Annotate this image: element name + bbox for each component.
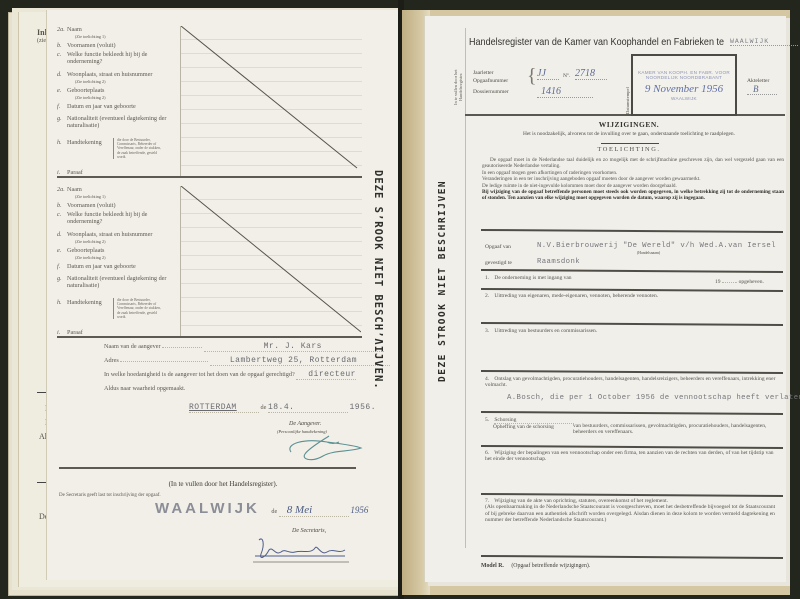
registry-side-note: In te vullen door het Handelsregister. xyxy=(453,58,473,116)
truth-statement: Aldus naar waarheid opgemaakt. xyxy=(104,385,185,392)
brace: { xyxy=(527,66,537,86)
field-naam: 2a.Naam(Zie toelichting 1) xyxy=(57,26,177,42)
registry-city-stamp: WAALWIJK xyxy=(155,500,260,517)
registry-divider xyxy=(59,467,356,469)
registry-heading: (In te vullen door het Handelsregister). xyxy=(47,480,399,488)
toelichting-title: TOELICHTING. xyxy=(469,146,789,153)
declarant-capacity-label: In welke hoedanigheid is de aangever tot… xyxy=(104,371,295,378)
opgaafnummer-label: Opgaafnummer xyxy=(473,78,508,84)
field-geboorteplaats: e.Geboorteplaats(Zie toelichting 2) xyxy=(57,247,177,263)
gevestigd-label: gevestigd te xyxy=(485,260,512,266)
dossiernummer-label: Dossiernummer xyxy=(473,89,509,95)
akteletter-value: B xyxy=(747,84,777,95)
secretary-signature xyxy=(251,534,351,564)
toelichting-paragraph: De opgaaf moet in de Nederlandse taal du… xyxy=(482,157,784,170)
stamp-city: WAALWIJK xyxy=(633,96,735,101)
section-1: 1. De onderneming is met ingang van 19 .… xyxy=(485,275,781,281)
section-3: 3. Uittreding van bestuurders en commiss… xyxy=(485,328,781,334)
declarant-signature xyxy=(283,430,367,466)
section-rule xyxy=(481,555,783,559)
jaarletter-value: JJ xyxy=(537,68,559,80)
dossiernummer-value: 1416 xyxy=(537,86,593,98)
akteletter-row: Akteletter B xyxy=(747,78,785,95)
field-woonplaats: d.Woonplaats, straat en huisnummer(Zie t… xyxy=(57,71,177,87)
section-rule xyxy=(481,370,783,374)
declaration-date: 18.4. xyxy=(268,403,348,413)
section-7: 7. Wijziging van de akte van oprichting,… xyxy=(485,498,781,524)
declarant-address-label: Adres xyxy=(104,357,119,364)
handelsnaam-note: (Handelsnaam) xyxy=(637,251,660,255)
model-note: (Opgaaf betreffende wijzigingen). xyxy=(511,563,590,569)
declarant-signer-title: De Aangever. xyxy=(289,421,321,427)
right-strip-notice: DEZE STROOK NIET BESCHRIJVEN xyxy=(437,166,451,396)
jaarletter-label: Jaarletter xyxy=(473,70,494,76)
declarant-capacity-row: In welke hoedanigheid is de aangever tot… xyxy=(104,370,356,380)
field-geboortedatum: f.Datum en jaar van geboorte xyxy=(57,263,177,275)
model-label: Model R. xyxy=(481,563,504,569)
field-naam: 2a.Naam(Zie toelichting 1) xyxy=(57,186,177,202)
section-5: 5. Schorsing Opheffing van de schorsing … xyxy=(485,417,781,431)
register-title: Handelsregister van de Kamer van Koophan… xyxy=(469,36,724,48)
stamp-date: 9 November 1956 xyxy=(633,83,735,95)
section-rule xyxy=(481,445,783,449)
strike-through-diagonal xyxy=(181,186,361,336)
registry-date: 8 Mei xyxy=(279,504,349,517)
section-rule xyxy=(481,269,783,273)
signature-note: die door de Bestuurder, Commissaris, Beh… xyxy=(113,138,165,159)
signature-note: die door de Bestuurder, Commissaris, Beh… xyxy=(113,298,165,319)
field-paraaf: i.Paraaf xyxy=(57,169,177,176)
model-footer: Model R. (Opgaaf betreffende wijzigingen… xyxy=(481,563,590,569)
right-form-page: DEZE STROOK NIET BESCHRIJVEN Handelsregi… xyxy=(424,16,786,582)
section-rule xyxy=(481,411,783,415)
field-geboorteplaats: e.Geboorteplaats(Zie toelichting 2) xyxy=(57,87,177,103)
declarant-address-row: Adres Lambertweg 25, Rotterdam xyxy=(104,356,390,366)
wijzigingen-title: WIJZIGINGEN. xyxy=(469,120,789,129)
field-geboortedatum: f.Datum en jaar van geboorte xyxy=(57,103,177,115)
declarant-address-value: Lambertweg 25, Rotterdam xyxy=(210,356,390,366)
section-rule xyxy=(481,229,783,233)
section-rule xyxy=(481,288,783,292)
underpage-fragment: (zie xyxy=(37,38,46,44)
datumstempel-label: Datumstempel xyxy=(625,58,630,114)
declarant-name-row: Naam van de aangever Mr. J. Kars xyxy=(104,342,384,352)
declarant-name-value: Mr. J. Kars xyxy=(204,342,384,352)
register-city: WAALWIJK xyxy=(730,38,798,46)
declaration-place: ROTTERDAM xyxy=(189,403,259,413)
left-form-page: 2a.Naam(Zie toelichting 1) b.Voornamen (… xyxy=(46,10,398,580)
field-paraaf: i.Paraaf xyxy=(57,329,177,336)
opgaaf-label: Opgaaf van xyxy=(485,244,511,250)
opgaafnummer-value: 2718 xyxy=(575,68,607,80)
section-rule xyxy=(57,176,362,178)
registry-header-block: In te vullen door het Handelsregister. J… xyxy=(465,54,785,116)
stamp-org-line2: NOORDELIJK NOORDBRABANT xyxy=(633,75,735,80)
declarant-capacity-value: directeur xyxy=(296,370,356,380)
declarant-name-label: Naam van de aangever xyxy=(104,343,161,350)
section-6: 6. Wijziging der bepalingen van een venn… xyxy=(485,450,781,463)
section-4: 4. Ontslag van gevolmachtigden, procurat… xyxy=(485,376,781,389)
person-block-a: 2a.Naam(Zie toelichting 1) b.Voornamen (… xyxy=(57,26,362,178)
registry-permission: De Secretaris geeft last tot inschrijvin… xyxy=(59,493,161,498)
company-name: N.V.Bierbrouwerij "De Wereld" v/h Wed.A.… xyxy=(537,242,776,250)
field-functie: c.Welke functie bekleedt hij bij de onde… xyxy=(57,211,177,231)
declaration-place-date: ROTTERDAM de 18.4. 1956. xyxy=(189,403,376,413)
registry-place-date: WAALWIJK de 8 Mei 1956 xyxy=(155,500,368,517)
section-rule xyxy=(57,336,362,338)
field-voornamen: b.Voornamen (voluit) xyxy=(57,202,177,211)
date-stamp: KAMER VAN KOOPH. EN FABR. VOOR NOORDELIJ… xyxy=(631,54,737,116)
strike-through-diagonal xyxy=(181,26,361,176)
section-1-year: 19 . opgeheven. xyxy=(715,279,764,285)
section-2: 2. Uittreding van eigenaren, mede-eigena… xyxy=(485,293,781,299)
registry-year: 1956 xyxy=(350,505,368,515)
wijzigingen-subtitle: Het is noodzakelijk, alvorens tot de inv… xyxy=(469,131,789,137)
section-4-entry: A.Bosch, die per 1 October 1956 de venno… xyxy=(507,394,800,402)
field-functie: c.Welke functie bekleedt hij bij de onde… xyxy=(57,51,177,71)
left-strip-notice: DEZE S’ROOK NIET BESCH’ɅIJVEN. xyxy=(372,170,384,450)
field-voornamen: b.Voornamen (voluit) xyxy=(57,42,177,51)
field-woonplaats: d.Woonplaats, straat en huisnummer(Zie t… xyxy=(57,231,177,247)
field-nationaliteit: g.Nationaliteit (eventueel dagtekening d… xyxy=(57,275,177,299)
person-block-b-labels: 2a.Naam(Zie toelichting 1) b.Voornamen (… xyxy=(57,186,177,336)
toelichting-body: De opgaaf moet in de Nederlandse taal du… xyxy=(482,157,784,202)
field-nationaliteit: g.Nationaliteit (eventueel dagtekening d… xyxy=(57,115,177,139)
no-label: Nº. xyxy=(563,73,570,79)
section-rule xyxy=(481,322,783,326)
person-block-b: 2a.Naam(Zie toelichting 1) b.Voornamen (… xyxy=(57,186,362,338)
toelichting-rule xyxy=(601,143,659,144)
section-rule xyxy=(481,493,783,497)
toelichting-bold-paragraph: Bij wijziging van de opgaaf betreffende … xyxy=(482,189,784,202)
person-block-a-labels: 2a.Naam(Zie toelichting 1) b.Voornamen (… xyxy=(57,26,177,176)
company-location: Raamsdonk xyxy=(537,258,580,266)
